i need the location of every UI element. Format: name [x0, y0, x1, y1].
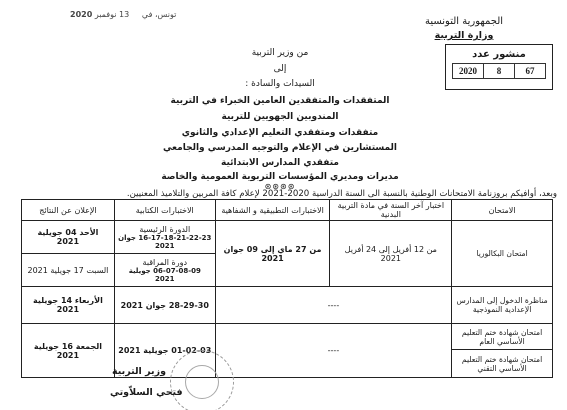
table-header-row: الامتحان اختبار آخر السنة في مادة التربي… — [22, 200, 553, 221]
addressee-line: متفقدات ومتفقدي التعليم الإعدادي والثانو… — [150, 128, 410, 138]
makeup-session-dates: 06-07-08-09 جويلية 2021 — [118, 267, 212, 283]
circular-number-box: منشور عدد 2020 8 67 — [445, 44, 553, 90]
document-date: تونس، في 13 نوفمبر 2020 — [70, 10, 176, 19]
exam-basic-technical: امتحان شهادة ختم التعليم الأساسي التقني — [452, 350, 553, 378]
signature-title: وزير التربية — [112, 366, 166, 377]
exam-model-schools-entrance: مناظرة الدخول إلى المدارس الإعدادية النم… — [452, 287, 553, 324]
written-makeup-session: دورة المراقبة 06-07-08-09 جويلية 2021 — [114, 254, 215, 287]
results-makeup-session: السبت 17 جويلية 2021 — [22, 254, 115, 287]
written-main-session: الدورة الرئيسية 16-17-18-21-22-23 جوان 2… — [114, 221, 215, 254]
addressee-line: المتفقدات والمتفقدين العامين الخبراء في … — [150, 96, 410, 106]
header-pe-test: اختبار آخر السنة في مادة التربية البدنية — [330, 200, 452, 221]
header-practical-oral: الاختبارات التطبيقية و الشفاهية — [215, 200, 330, 221]
intro-paragraph: وبعد، أوافيكم بروزنامة الامتحانات الوطني… — [17, 189, 557, 199]
results-date: الأربعاء 14 جويلية 2021 — [22, 287, 115, 324]
stamp-emblem-icon — [185, 365, 219, 399]
practical-dates: من 27 ماي إلى 09 جوان 2021 — [215, 221, 330, 287]
table-row: امتحان البكالوريا من 12 أفريل إلى 24 أفر… — [22, 221, 553, 254]
addressee-line: مديرات ومديري المؤسسات التربوية العمومية… — [150, 172, 410, 182]
date-year: 2020 — [70, 10, 92, 19]
practical-none: ---- — [215, 287, 452, 324]
exam-schedule-table: الامتحان اختبار آخر السنة في مادة التربي… — [21, 199, 553, 378]
to-line: إلى — [150, 64, 410, 74]
header-results: الإعلان عن النتائج — [22, 200, 115, 221]
table-row: امتحان شهادة ختم التعليم الأساسي العام -… — [22, 324, 553, 350]
written-dates: 28-29-30 جوان 2021 — [114, 287, 215, 324]
header-exam: الامتحان — [452, 200, 553, 221]
official-stamp — [170, 350, 234, 410]
circular-title: منشور عدد — [446, 49, 552, 60]
addressee-line: المستشارين في الإعلام والتوجيه المدرسي و… — [150, 143, 410, 153]
main-session-dates: 16-17-18-21-22-23 جوان 2021 — [118, 234, 212, 250]
republic-name: الجمهورية التونسية — [409, 16, 519, 27]
header-written: الاختبارات الكتابية — [114, 200, 215, 221]
addressee-line: متفقدي المدارس الابتدائية — [150, 158, 410, 168]
date-month: نوفمبر — [95, 10, 117, 19]
circular-month: 8 — [483, 64, 514, 78]
addressee-line: المندوبين الجهويين للتربية — [150, 112, 410, 122]
salutation: السيدات والسادة : — [150, 79, 410, 89]
date-place: تونس، في — [142, 10, 176, 19]
ministry-name: وزارة التربية — [409, 30, 519, 41]
results-main-session: الأحد 04 جويلية 2021 — [22, 221, 115, 254]
main-session-title: الدورة الرئيسية — [118, 225, 212, 234]
exam-baccalaureate: امتحان البكالوريا — [452, 221, 553, 287]
practical-none: ---- — [215, 324, 452, 378]
date-day: 13 — [119, 10, 129, 19]
signature-name: فتحي السلاّوتي — [110, 387, 183, 398]
from-line: من وزير التربية — [150, 48, 410, 58]
pe-test-dates: من 12 أفريل إلى 24 أفريل 2021 — [330, 221, 452, 287]
results-date: الجمعة 16 جويلية 2021 — [22, 324, 115, 378]
makeup-session-title: دورة المراقبة — [118, 258, 212, 267]
circular-number: 67 — [514, 64, 545, 78]
circular-number-fields: 2020 8 67 — [452, 63, 546, 79]
exam-basic-general: امتحان شهادة ختم التعليم الأساسي العام — [452, 324, 553, 350]
table-row: مناظرة الدخول إلى المدارس الإعدادية النم… — [22, 287, 553, 324]
circular-year: 2020 — [453, 64, 483, 78]
